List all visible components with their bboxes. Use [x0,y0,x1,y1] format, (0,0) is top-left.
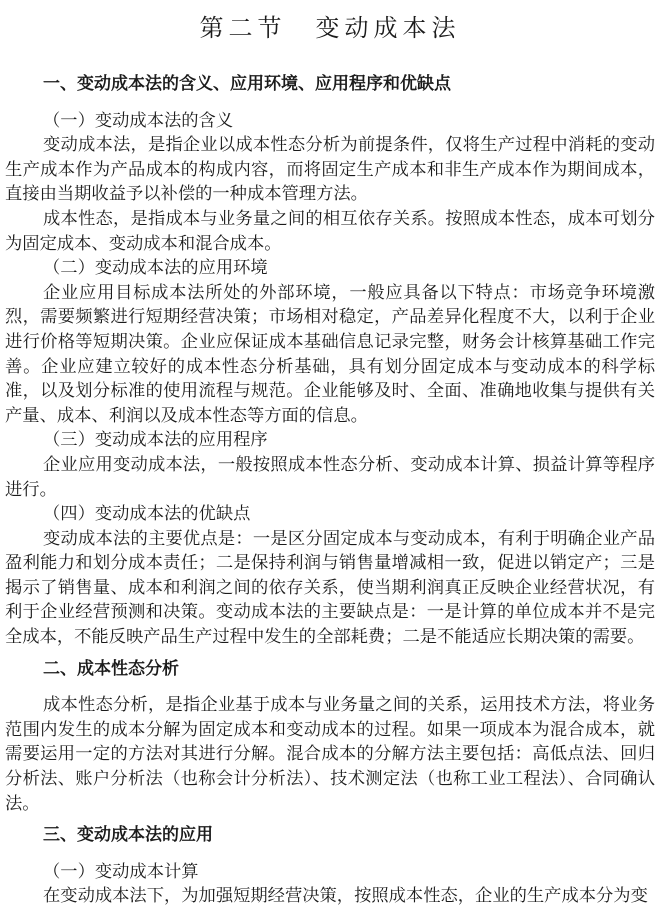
paragraph-application-procedure: 企业应用变动成本法，一般按照成本性态分析、变动成本计算、损益计算等程序进行。 [5,453,655,502]
section-1-subheading-4: （四）变动成本法的优缺点 [5,502,655,527]
section-3-subheading-1: （一）变动成本计算 [5,860,655,885]
section-1-heading: 一、变动成本法的含义、应用环境、应用程序和优缺点 [5,72,655,97]
section-2-heading: 二、成本性态分析 [5,657,655,682]
section-1-subheading-3: （三）变动成本法的应用程序 [5,428,655,453]
paragraph-cost-behavior-analysis: 成本性态分析，是指企业基于成本与业务量之间的关系，运用技术方法，将业务范围内发生… [5,693,655,816]
paragraph-cost-behavior: 成本性态，是指成本与业务量之间的相互依存关系。按照成本性态，成本可划分为固定成本… [5,207,655,256]
paragraph-application-environment: 企业应用目标成本法所处的外部环境，一般应具备以下特点：市场竞争环境激烈，需要频繁… [5,281,655,429]
section-3-heading: 三、变动成本法的应用 [5,823,655,848]
page-title: 第二节 变动成本法 [5,14,655,44]
paragraph-pros-and-cons: 变动成本法的主要优点是：一是区分固定成本与变动成本，有利于明确企业产品盈利能力和… [5,527,655,650]
paragraph-definition: 变动成本法，是指企业以成本性态分析为前提条件，仅将生产过程中消耗的变动生产成本作… [5,133,655,207]
paragraph-variable-cost-calculation: 在变动成本法下，为加强短期经营决策，按照成本性态，企业的生产成本分为变 [5,884,655,909]
section-1-subheading-1: （一）变动成本法的含义 [5,109,655,134]
document-page: 第二节 变动成本法 一、变动成本法的含义、应用环境、应用程序和优缺点 （一）变动… [0,14,659,909]
section-1-subheading-2: （二）变动成本法的应用环境 [5,256,655,281]
